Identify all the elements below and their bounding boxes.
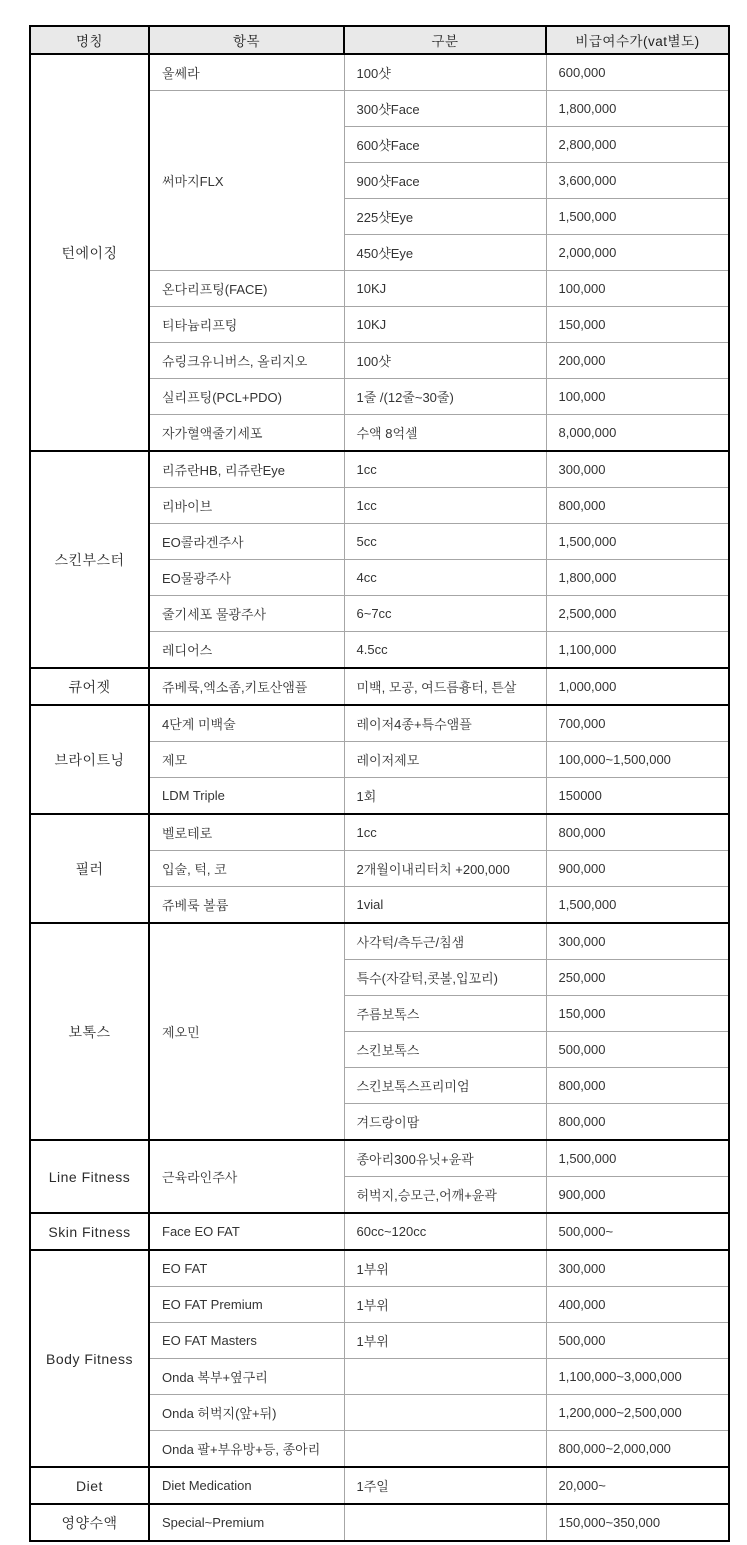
item-cell: 써마지FLX bbox=[149, 91, 344, 271]
price-cell: 800,000 bbox=[546, 1068, 729, 1104]
price-cell: 2,500,000 bbox=[546, 596, 729, 632]
item-cell: EO FAT Premium bbox=[149, 1287, 344, 1323]
spec-cell: 10KJ bbox=[344, 307, 546, 343]
spec-cell: 600샷Face bbox=[344, 127, 546, 163]
category-cell: 스킨부스터 bbox=[30, 451, 149, 668]
table-row: 필러벨로테로1cc800,000 bbox=[30, 814, 729, 851]
item-cell: 온다리프팅(FACE) bbox=[149, 271, 344, 307]
item-cell: Face EO FAT bbox=[149, 1213, 344, 1250]
spec-cell: 6~7cc bbox=[344, 596, 546, 632]
price-cell: 8,000,000 bbox=[546, 415, 729, 452]
price-cell: 300,000 bbox=[546, 1250, 729, 1287]
item-cell: 리쥬란HB, 리쥬란Eye bbox=[149, 451, 344, 488]
spec-cell: 스킨보톡스 bbox=[344, 1032, 546, 1068]
spec-cell: 1주일 bbox=[344, 1467, 546, 1504]
item-cell: 쥬베룩,엑소좀,키토산앰플 bbox=[149, 668, 344, 705]
table-row: Line Fitness근육라인주사종아리300유닛+윤곽1,500,000 bbox=[30, 1140, 729, 1177]
spec-cell: 2개월이내리터치 +200,000 bbox=[344, 851, 546, 887]
price-cell: 300,000 bbox=[546, 451, 729, 488]
price-cell: 1,200,000~2,500,000 bbox=[546, 1395, 729, 1431]
price-cell: 800,000 bbox=[546, 1104, 729, 1141]
item-cell: 자가혈액줄기세포 bbox=[149, 415, 344, 452]
item-cell: 실리프팅(PCL+PDO) bbox=[149, 379, 344, 415]
spec-cell: 60cc~120cc bbox=[344, 1213, 546, 1250]
spec-cell: 900샷Face bbox=[344, 163, 546, 199]
table-row: 턴에이징울쎄라100샷600,000 bbox=[30, 54, 729, 91]
category-cell: 영양수액 bbox=[30, 1504, 149, 1541]
table-row: DietDiet Medication1주일20,000~ bbox=[30, 1467, 729, 1504]
price-cell: 1,100,000 bbox=[546, 632, 729, 669]
category-cell: Diet bbox=[30, 1467, 149, 1504]
category-cell: 보톡스 bbox=[30, 923, 149, 1140]
spec-cell: 사각턱/측두근/침샘 bbox=[344, 923, 546, 960]
column-header-price: 비급여수가(vat별도) bbox=[546, 26, 729, 54]
column-header-item: 항목 bbox=[149, 26, 344, 54]
spec-cell: 450샷Eye bbox=[344, 235, 546, 271]
spec-cell: 스킨보톡스프리미엄 bbox=[344, 1068, 546, 1104]
price-table: 명칭 항목 구분 비급여수가(vat별도) 턴에이징울쎄라100샷600,000… bbox=[29, 25, 730, 1542]
price-cell: 500,000 bbox=[546, 1323, 729, 1359]
table-row: 큐어젯쥬베룩,엑소좀,키토산앰플미백, 모공, 여드름흉터, 튼살1,000,0… bbox=[30, 668, 729, 705]
table-row: Skin FitnessFace EO FAT60cc~120cc500,000… bbox=[30, 1213, 729, 1250]
spec-cell: 100샷 bbox=[344, 54, 546, 91]
price-cell: 250,000 bbox=[546, 960, 729, 996]
spec-cell: 겨드랑이땀 bbox=[344, 1104, 546, 1141]
page: 명칭 항목 구분 비급여수가(vat별도) 턴에이징울쎄라100샷600,000… bbox=[0, 0, 747, 1545]
category-cell: Body Fitness bbox=[30, 1250, 149, 1467]
item-cell: 4단계 미백술 bbox=[149, 705, 344, 742]
item-cell: EO물광주사 bbox=[149, 560, 344, 596]
price-cell: 1,800,000 bbox=[546, 560, 729, 596]
price-cell: 600,000 bbox=[546, 54, 729, 91]
item-cell: 입술, 턱, 코 bbox=[149, 851, 344, 887]
header-row: 명칭 항목 구분 비급여수가(vat별도) bbox=[30, 26, 729, 54]
spec-cell: 1cc bbox=[344, 488, 546, 524]
spec-cell: 4.5cc bbox=[344, 632, 546, 669]
spec-cell bbox=[344, 1504, 546, 1541]
price-cell: 1,100,000~3,000,000 bbox=[546, 1359, 729, 1395]
price-cell: 1,500,000 bbox=[546, 1140, 729, 1177]
spec-cell: 10KJ bbox=[344, 271, 546, 307]
price-cell: 300,000 bbox=[546, 923, 729, 960]
item-cell: EO FAT Masters bbox=[149, 1323, 344, 1359]
table-header: 명칭 항목 구분 비급여수가(vat별도) bbox=[30, 26, 729, 54]
spec-cell: 허벅지,승모근,어깨+윤곽 bbox=[344, 1177, 546, 1214]
price-cell: 800,000 bbox=[546, 814, 729, 851]
spec-cell: 레이저제모 bbox=[344, 742, 546, 778]
price-cell: 900,000 bbox=[546, 1177, 729, 1214]
spec-cell: 1부위 bbox=[344, 1287, 546, 1323]
category-cell: 턴에이징 bbox=[30, 54, 149, 451]
price-cell: 150,000 bbox=[546, 996, 729, 1032]
item-cell: 리바이브 bbox=[149, 488, 344, 524]
spec-cell: 225샷Eye bbox=[344, 199, 546, 235]
item-cell: LDM Triple bbox=[149, 778, 344, 815]
price-cell: 150,000 bbox=[546, 307, 729, 343]
spec-cell: 1vial bbox=[344, 887, 546, 924]
item-cell: 쥬베룩 볼륨 bbox=[149, 887, 344, 924]
item-cell: EO FAT bbox=[149, 1250, 344, 1287]
spec-cell: 4cc bbox=[344, 560, 546, 596]
spec-cell bbox=[344, 1359, 546, 1395]
price-cell: 1,500,000 bbox=[546, 199, 729, 235]
spec-cell: 5cc bbox=[344, 524, 546, 560]
price-cell: 100,000 bbox=[546, 271, 729, 307]
price-cell: 2,000,000 bbox=[546, 235, 729, 271]
item-cell: Onda 팔+부유방+등, 종아리 bbox=[149, 1431, 344, 1468]
price-cell: 2,800,000 bbox=[546, 127, 729, 163]
item-cell: Onda 허벅지(앞+뒤) bbox=[149, 1395, 344, 1431]
item-cell: Special~Premium bbox=[149, 1504, 344, 1541]
item-cell: 티타늄리프팅 bbox=[149, 307, 344, 343]
price-cell: 20,000~ bbox=[546, 1467, 729, 1504]
category-cell: 큐어젯 bbox=[30, 668, 149, 705]
price-cell: 500,000 bbox=[546, 1032, 729, 1068]
price-cell: 1,800,000 bbox=[546, 91, 729, 127]
item-cell: 줄기세포 물광주사 bbox=[149, 596, 344, 632]
spec-cell: 300샷Face bbox=[344, 91, 546, 127]
price-cell: 800,000~2,000,000 bbox=[546, 1431, 729, 1468]
price-cell: 100,000 bbox=[546, 379, 729, 415]
price-cell: 500,000~ bbox=[546, 1213, 729, 1250]
spec-cell: 1줄 /(12줄~30줄) bbox=[344, 379, 546, 415]
item-cell: 제모 bbox=[149, 742, 344, 778]
spec-cell: 1부위 bbox=[344, 1323, 546, 1359]
table-row: 브라이트닝4단계 미백술레이저4종+특수앰플700,000 bbox=[30, 705, 729, 742]
price-cell: 200,000 bbox=[546, 343, 729, 379]
item-cell: Diet Medication bbox=[149, 1467, 344, 1504]
category-cell: 필러 bbox=[30, 814, 149, 923]
price-cell: 400,000 bbox=[546, 1287, 729, 1323]
spec-cell: 주름보톡스 bbox=[344, 996, 546, 1032]
table-row: 영양수액Special~Premium150,000~350,000 bbox=[30, 1504, 729, 1541]
item-cell: 슈링크유니버스, 올리지오 bbox=[149, 343, 344, 379]
item-cell: 울쎄라 bbox=[149, 54, 344, 91]
price-cell: 3,600,000 bbox=[546, 163, 729, 199]
price-cell: 1,500,000 bbox=[546, 887, 729, 924]
spec-cell bbox=[344, 1431, 546, 1468]
table-row: Body FitnessEO FAT1부위300,000 bbox=[30, 1250, 729, 1287]
price-cell: 150,000~350,000 bbox=[546, 1504, 729, 1541]
item-cell: 근육라인주사 bbox=[149, 1140, 344, 1213]
spec-cell: 1회 bbox=[344, 778, 546, 815]
table-row: 스킨부스터리쥬란HB, 리쥬란Eye1cc300,000 bbox=[30, 451, 729, 488]
price-cell: 1,000,000 bbox=[546, 668, 729, 705]
item-cell: 벨로테로 bbox=[149, 814, 344, 851]
column-header-name: 명칭 bbox=[30, 26, 149, 54]
spec-cell: 1부위 bbox=[344, 1250, 546, 1287]
price-cell: 150000 bbox=[546, 778, 729, 815]
table-body: 턴에이징울쎄라100샷600,000써마지FLX300샷Face1,800,00… bbox=[30, 54, 729, 1541]
table-row: 보톡스제오민사각턱/측두근/침샘300,000 bbox=[30, 923, 729, 960]
spec-cell: 특수(자갈턱,콧볼,입꼬리) bbox=[344, 960, 546, 996]
spec-cell: 종아리300유닛+윤곽 bbox=[344, 1140, 546, 1177]
category-cell: Skin Fitness bbox=[30, 1213, 149, 1250]
spec-cell: 1cc bbox=[344, 814, 546, 851]
spec-cell bbox=[344, 1395, 546, 1431]
price-cell: 900,000 bbox=[546, 851, 729, 887]
category-cell: Line Fitness bbox=[30, 1140, 149, 1213]
price-cell: 100,000~1,500,000 bbox=[546, 742, 729, 778]
item-cell: Onda 복부+옆구리 bbox=[149, 1359, 344, 1395]
price-cell: 1,500,000 bbox=[546, 524, 729, 560]
column-header-spec: 구분 bbox=[344, 26, 546, 54]
category-cell: 브라이트닝 bbox=[30, 705, 149, 814]
price-cell: 800,000 bbox=[546, 488, 729, 524]
price-cell: 700,000 bbox=[546, 705, 729, 742]
spec-cell: 100샷 bbox=[344, 343, 546, 379]
spec-cell: 1cc bbox=[344, 451, 546, 488]
item-cell: 제오민 bbox=[149, 923, 344, 1140]
spec-cell: 레이저4종+특수앰플 bbox=[344, 705, 546, 742]
spec-cell: 수액 8억셀 bbox=[344, 415, 546, 452]
item-cell: 레디어스 bbox=[149, 632, 344, 669]
item-cell: EO콜라겐주사 bbox=[149, 524, 344, 560]
spec-cell: 미백, 모공, 여드름흉터, 튼살 bbox=[344, 668, 546, 705]
